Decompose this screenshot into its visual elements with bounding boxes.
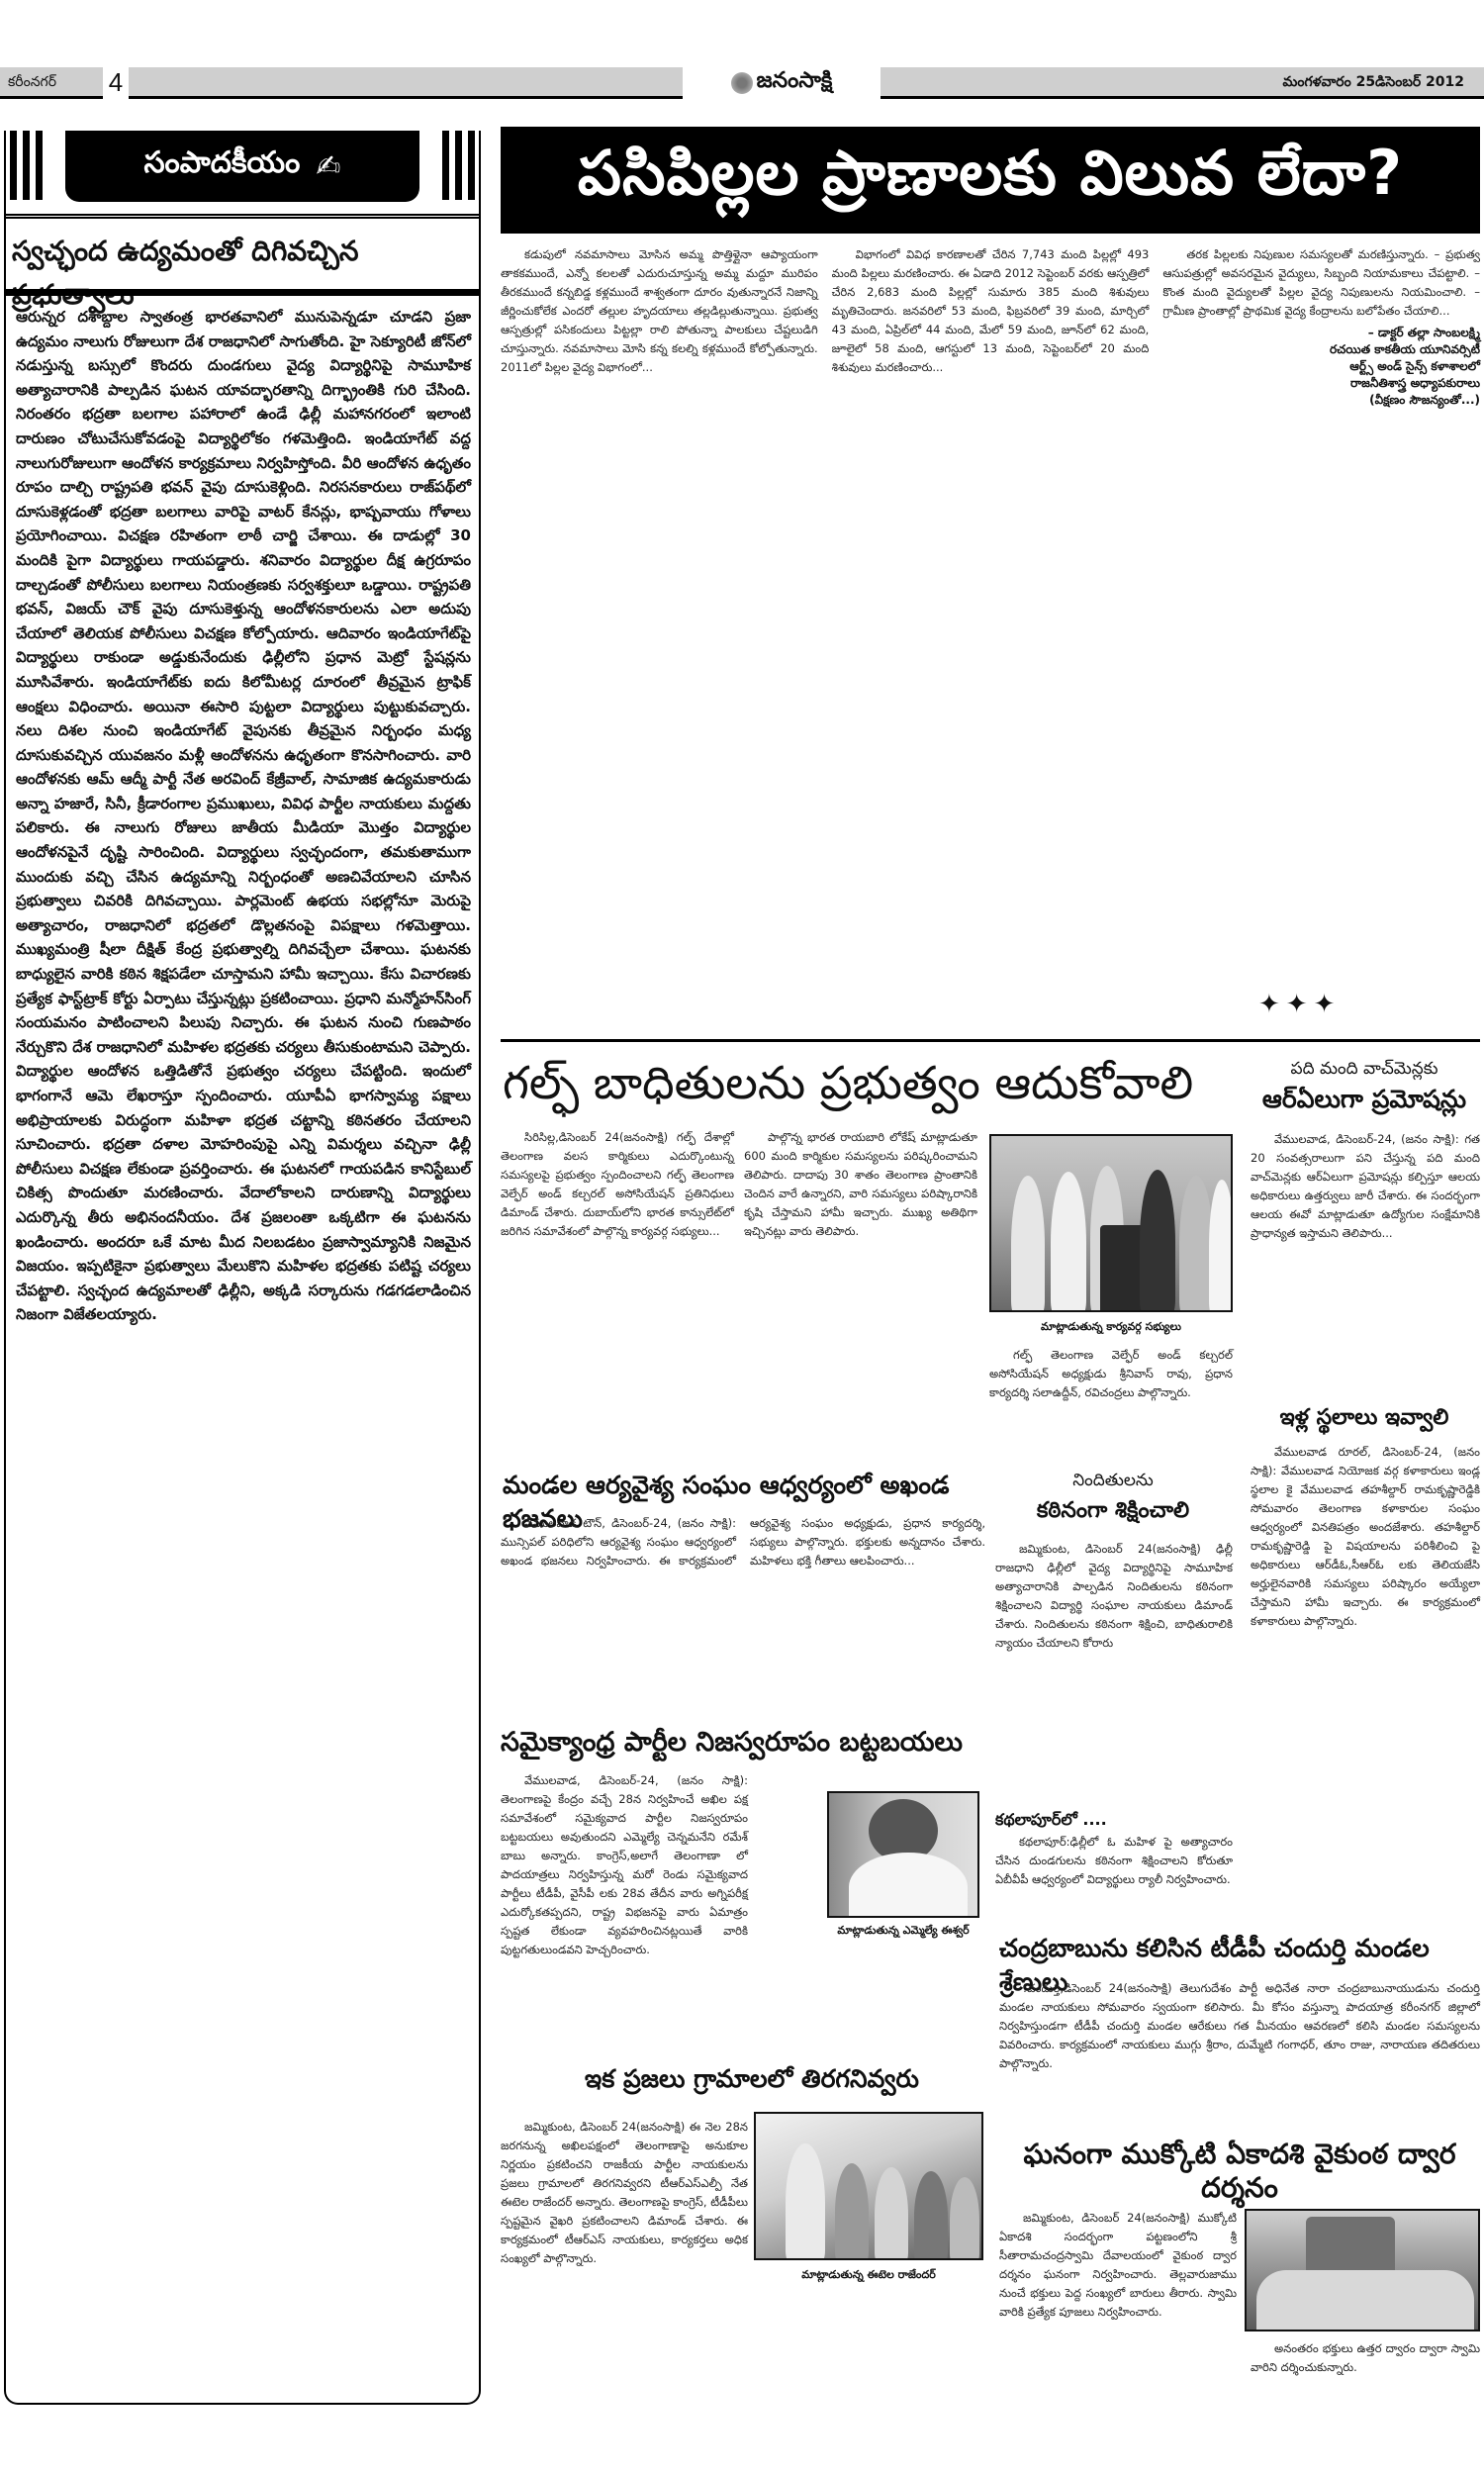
bhajan-body: వేములవాడ టౌన్, డిసెంబర్-24, (జనం సాక్షి)… (501, 1514, 985, 1570)
masthead-bar: కరీంనగర్ 4 జనంసాక్షి మంగళవారం 25డిసెంబర్… (0, 67, 1484, 99)
housing-headline: ఇళ్ల స్థలాలు ఇవ్వాలి (1249, 1401, 1480, 1435)
editorial-label: సంపాదకీయం (144, 145, 301, 187)
editorial-label-box: సంపాదకీయం ✍ (65, 131, 419, 202)
lead-story-body: కడుపులో నవమాసాలు మోసిన అమ్మ పొత్తిళ్లైనా… (501, 245, 1480, 998)
villages-photo (754, 2112, 983, 2260)
gulf-photo-caption: మాట్లాడుతున్న కార్యవర్గ సభ్యులు (989, 1320, 1233, 1336)
pen-icon: ✍ (316, 149, 340, 184)
editorial-body: ఆరున్నర దశాబ్దాల స్వాతంత్ర భారతవానిలో ము… (16, 305, 471, 1327)
villages-photo-caption: మాట్లాడుతున్న ఈటెల రాజేందర్ (754, 2268, 983, 2284)
newspaper-logo: జనంసాక్షి (683, 65, 881, 101)
samaikya-body: వేములవాడ, డిసెంబర్-24, (జనం సాక్షి): తెల… (501, 1771, 748, 1959)
gulf-column-3: గల్ఫ్ తెలంగాణ వెల్ఫేర్ అండ్ కల్చరల్ అసోస… (989, 1346, 1233, 1402)
vaikunta-body: జమ్మికుంట, డిసెంబర్ 24(జనంసాక్షి) ముక్కో… (999, 2209, 1237, 2322)
punish-headline: కఠినంగా శిక్షించాలి (989, 1494, 1237, 1528)
chandrababu-body: :చందుర్తి,డిసెంబర్ 24(జనంసాక్షి) తెలుగుద… (999, 1979, 1480, 2073)
temple-photo (1245, 2209, 1480, 2331)
mla-photo (827, 1791, 979, 1918)
housing-body: వేములవాడ రూరల్, డిసెంబర్-24, (జనం సాక్షి… (1251, 1443, 1480, 1631)
logo-text: జనంసాక్షి (757, 68, 833, 98)
lead-column-3: తరక పిల్లలకు నిపుణుల సమస్యలతో మరణిస్తున్… (1162, 245, 1480, 998)
mla-photo-caption: మాట్లాడుతున్న ఎమ్మెల్యే ఈశ్వర్ (827, 1924, 979, 1940)
editorial-banner: సంపాదకీయం ✍ (6, 131, 479, 210)
decorative-bars-left (10, 131, 43, 200)
promotions-headline: ఆర్‌ఏలుగా ప్రమోషన్లు (1249, 1083, 1480, 1116)
gulf-photo (989, 1134, 1233, 1312)
punish-body: జమ్మికుంట, డిసెంబర్ 24(జనంసాక్షి) ఢిల్లీ… (995, 1540, 1233, 1653)
decorative-bars-right (442, 131, 475, 200)
villages-body: జమ్మికుంట, డిసెంబర్ 24(జనంసాక్షి) ఈ నెల … (501, 2118, 748, 2268)
divider (6, 214, 479, 219)
author-byline: – డాక్టర్ తల్లా సాంబలక్ష్మి రచయిత కాకతీయ… (1162, 325, 1480, 409)
villages-headline: ఇక ప్రజలు గ్రామాలలో తిరగనివ్వరు (534, 2062, 970, 2096)
page-number: 4 (103, 65, 129, 99)
lead-column-2: విభాగంలో వివిధ కారణాలతో చేరిన 7,743 మంది… (832, 245, 1150, 998)
punish-kicker: నిందితులను (989, 1469, 1237, 1492)
promotions-kicker: పది మంది వాచ్‌మెన్లకు (1249, 1057, 1480, 1081)
gulf-column-2: పాల్గొన్న భారత రాయబారి లోకేష్ మాట్లాడుతూ… (744, 1128, 977, 1241)
section-separator-icon: ✦✦✦ (1258, 990, 1341, 1019)
editorial-headline: స్వచ్ఛంద ఉద్యమంతో దిగివచ్చిన ప్రభుత్వాలు (12, 230, 475, 317)
punish-subhead: కథలాపూర్‌లో .... (995, 1803, 1233, 1837)
promotions-body: వేములవాడ, డిసెంబర్-24, (జనం సాక్షి): గత … (1251, 1130, 1480, 1243)
issue-date: మంగళవారం 25డిసెంబర్ 2012 (1283, 74, 1464, 93)
punish-subbody: కథలాపూర్:ఢిల్లీలో ఓ మహిళ పై అత్యాచారం చే… (995, 1833, 1233, 1889)
gulf-headline: గల్ఫ్ బాధితులను ప్రభుత్వం ఆదుకోవాలి (503, 1055, 1235, 1110)
gulf-column-1: సిరిసిల్ల,డిసెంబర్ 24(జనంసాక్షి) గల్ఫ్ ద… (501, 1128, 734, 1241)
lead-headline: పసిపిల్లల ప్రాణాలకు విలువ లేదా? (501, 127, 1480, 234)
divider (501, 1039, 1480, 1042)
vaikunta-headline: ఘనంగా ముక్కోటి ఏకాదశి వైకుంఠ ద్వార దర్శన… (999, 2138, 1480, 2205)
lead-column-1: కడుపులో నవమాసాలు మోసిన అమ్మ పొత్తిళ్లైనా… (501, 245, 818, 998)
vaikunta-closing: అనంతరం భక్తులు ఉత్తర ద్వారం ద్వారా స్వామ… (1251, 2339, 1480, 2377)
emblem-icon (731, 72, 753, 94)
editorial-column: సంపాదకీయం ✍ స్వచ్ఛంద ఉద్యమంతో దిగివచ్చిన… (4, 131, 481, 2405)
edition-name: కరీంనగర్ (8, 74, 56, 93)
divider (6, 289, 479, 296)
samaikya-headline: సమైక్యాంధ్ర పార్టీల నిజస్వరూపం బట్టబయలు (501, 1726, 985, 1760)
